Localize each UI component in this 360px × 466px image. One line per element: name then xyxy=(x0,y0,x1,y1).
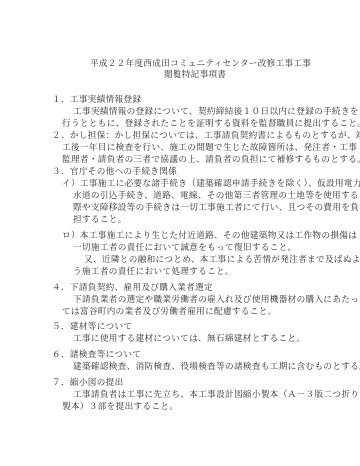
section-3-line: 一切施工者の責任において誠意をもって復旧すること。 xyxy=(73,243,297,254)
document-title-line1: 平成２２年度西成田コミュニティセンター改修工事工事 xyxy=(90,59,311,70)
document-page: 平成２２年度西成田コミュニティセンター改修工事工事 閲覧特記事項書 １．工事実績… xyxy=(0,0,360,466)
section-3-line: 水道の引込手続き、道路、電線、その他第三者管理の土地等を使用する xyxy=(73,191,359,202)
section-2-line: 工後一年目に検査を行い、施工の問題で生じた故障箇所は、発注者・工事 xyxy=(62,143,357,154)
section-3-line: 又、近隣との融和につとめ、本工事による苦情が発注者まで及ばぬよ xyxy=(84,255,360,266)
section-7-line: 製本）３部を提出すること。 xyxy=(62,402,178,413)
section-1-line: 行うとともに、登録されたことを証明する資料を監督職員に提出すること。 xyxy=(62,119,360,130)
section-6-heading: ６．諸検査等について xyxy=(52,350,141,361)
section-3-line: 際や支障移設等の手続きは一切工事施工者にて行い、且つその費用を負 xyxy=(73,203,359,214)
section-7-line: 工事請負者は工事に先立ち、本工事設計図縮小製本（Ａ－３版二つ折り xyxy=(73,390,359,401)
section-5-line: 工事に使用する建材については、無石綿建材とすること。 xyxy=(73,334,305,345)
section-5-heading: ５．建材等について xyxy=(52,322,132,333)
section-2-heading: ２．かし担保：かし担保については、工事請負契約書によるものとするが、竣 xyxy=(52,131,360,142)
section-1-heading: １．工事実績情報登録 xyxy=(52,95,141,106)
section-4-heading: ４．下請負契約、雇用及び購入業者選定 xyxy=(52,283,213,294)
section-3-line: 担すること。 xyxy=(73,215,127,226)
section-4-line: 下請負業者の選定や職業労働者の雇入れ及び使用機器材の購入にあたっ xyxy=(73,295,359,306)
section-3-line: う施工者の責任において処理すること。 xyxy=(73,267,234,278)
section-1-line: 工事実績情報の登録について、契約締結後１０日以内に登録の手続きを xyxy=(73,107,359,118)
section-4-line: ては富谷町内の業者及び労働者雇用に配慮すること。 xyxy=(62,307,277,318)
section-3-line: ロ）本工事施工により生じた付近道路、その他建築物又は工作物の損傷は xyxy=(62,231,357,242)
section-7-heading: ７．縮小図の提出 xyxy=(52,378,124,389)
section-3-heading: ３．官庁その他への手続き関係 xyxy=(52,167,177,178)
document-title-line2: 閲覧特記事項書 xyxy=(164,70,226,81)
section-2-line: 監理者・請負者の三者で協議の上、請負者の負担にて補修するものとする。 xyxy=(62,155,360,166)
section-3-line: イ）工事施工に必要な諸手続き（建築確認申請手続きを除く）、仮設用電力・ xyxy=(62,179,360,190)
section-6-line: 建築確認検査、消防検査、役場検査等の諸検査も工期に含むものとする。 xyxy=(73,362,360,373)
